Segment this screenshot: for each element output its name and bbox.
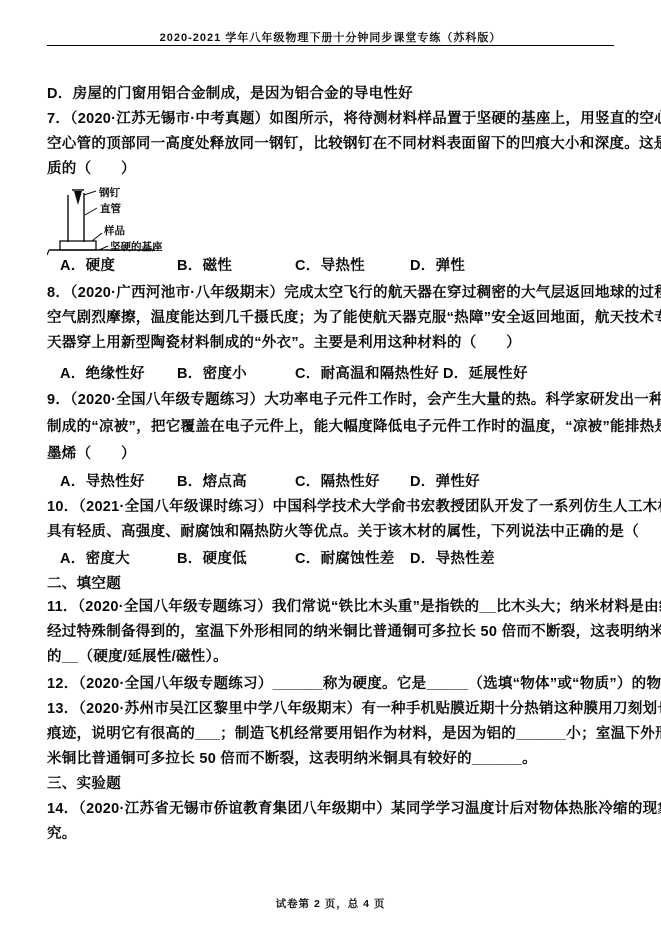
leader-nail	[84, 191, 96, 195]
q8-line-3: 天器穿上用新型陶瓷材料制成的“外衣”。主要是利用这种材料的（ ）	[47, 335, 521, 352]
nail-label: 钢钉	[98, 186, 120, 199]
base-edge-line	[47, 250, 49, 255]
q9-option-a: A．导热性好	[60, 474, 145, 491]
q8-line-1: 8．（2020·广西河池市·八年级期末）完成太空飞行的航天器在穿过稠密的大气层返…	[47, 285, 661, 302]
q13-line-3: 米铜比普通铜可多拉长 50 倍而不断裂，这表明纳米铜具有较好的______。	[47, 751, 537, 768]
q10-line-1: 10．（2021·全国八年级课时练习）中国科学技术大学俞书宏教授团队开发了一系列…	[47, 499, 661, 516]
q12-line-1: 12．（2020·全国八年级专题练习）______称为硬度。它是_____（选填…	[47, 676, 661, 693]
q7-options-row: A．硬度 B．磁性 C．导热性 D．弹性	[0, 258, 661, 276]
q9-option-b: B．熔点高	[177, 474, 247, 491]
header-rule	[47, 45, 614, 46]
q7-line-2: 空心管的顶部同一高度处释放同一钢钉，比较钢钉在不同材料表面留下的凹痕大小和深度。…	[47, 136, 661, 153]
q10-option-a: A．密度大	[60, 551, 130, 568]
q9-option-d: D．弹性好	[410, 474, 480, 491]
q10-option-d: D．导热性差	[410, 551, 495, 568]
q8-options-row: A．绝缘性好 B．密度小 C．耐高温和隔热性好 D．延展性好	[0, 366, 661, 384]
tube-label: 直管	[100, 202, 121, 215]
leader-sample	[92, 233, 102, 241]
leader-tube	[85, 208, 97, 215]
worksheet-page: 2020-2021 学年八年级物理下册十分钟同步课堂专练（苏科版） D．房屋的门…	[0, 0, 661, 936]
q10-options-row: A．密度大 B．硬度低 C．耐腐蚀性差 D．导热性差	[0, 551, 661, 569]
q7-line-1: 7．（2020·江苏无锡市·中考真题）如图所示，将待测材料样品置于坚硬的基座上，…	[47, 111, 661, 128]
q9-option-c: C．隔热性好	[295, 474, 380, 491]
section-experiment-title: 三、实验题	[47, 776, 121, 793]
q7-option-b: B．磁性	[177, 258, 232, 275]
q9-line-3: 墨烯（ ）	[47, 446, 136, 463]
section-fill-blank-title: 二、填空题	[47, 576, 121, 593]
q9-line-2: 制成的“凉被”，把它覆盖在电子元件上，能大幅度降低电子元件工作时的温度，“凉被”…	[47, 419, 661, 436]
q7-line-3: 质的（ ）	[47, 161, 136, 178]
q10-line-2: 具有轻质、高强度、耐腐蚀和隔热防火等优点。关于该木材的属性，下列说法中正确的是（…	[47, 524, 661, 541]
sample-box	[60, 241, 96, 250]
q7-option-a: A．硬度	[60, 258, 115, 275]
q10-option-b: B．硬度低	[177, 551, 247, 568]
q7-option-d: D．弹性	[410, 258, 465, 275]
q11-line-2: 经过特殊制备得到的，室温下外形相同的纳米铜比普通铜可多拉长 50 倍而不断裂，这…	[47, 624, 661, 641]
page-header-title: 2020-2021 学年八年级物理下册十分钟同步课堂专练（苏科版）	[0, 29, 661, 45]
q9-options-row: A．导热性好 B．熔点高 C．隔热性好 D．弹性好	[0, 474, 661, 492]
q14-line-1: 14．（2020·江苏省无锡市侨谊教育集团八年级期中）某同学学习温度计后对物体热…	[47, 801, 661, 818]
sample-label: 样品	[103, 224, 125, 237]
q13-line-1: 13．（2020·苏州市吴江区黎里中学八年级期末）有一种手机贴膜近期十分热销这种…	[47, 701, 661, 718]
q8-option-b: B．密度小	[177, 366, 247, 383]
q13-line-2: 痕迹，说明它有很高的___；制造飞机经常要用铝作为材料，是因为铝的______小…	[47, 726, 661, 743]
q7-option-c: C．导热性	[295, 258, 365, 275]
q8-option-c: C．耐高温和隔热性好	[295, 366, 439, 383]
q11-line-1: 11．（2020·全国八年级专题练习）我们常说“铁比木头重”是指铁的__比木头大…	[47, 599, 661, 616]
base-label: 坚硬的基座	[110, 240, 163, 253]
q7-figure-hardness-test-diagram: 钢钉 直管 样品 坚硬的基座	[47, 184, 227, 258]
q11-line-3: 的__（硬度/延展性/磁性）。	[47, 649, 228, 666]
q8-option-d: D．延展性好	[443, 366, 528, 383]
q10-option-c: C．耐腐蚀性差	[295, 551, 395, 568]
q14-line-2: 究。	[47, 826, 77, 843]
q8-line-2: 空气剧烈摩擦，温度能达到几千摄氏度；为了能使航天器克服“热障”安全返回地面，航天…	[47, 310, 661, 327]
q6-option-d-line: D．房屋的门窗用铝合金制成，是因为铝合金的导电性好	[47, 86, 413, 103]
q8-option-a: A．绝缘性好	[60, 366, 145, 383]
page-footer: 试卷第 2 页，总 4 页	[0, 896, 661, 911]
q9-line-1: 9．（2020·全国八年级专题练习）大功率电子元件工作时，会产生大量的热。科学家…	[47, 392, 661, 409]
nail-icon	[74, 191, 82, 205]
